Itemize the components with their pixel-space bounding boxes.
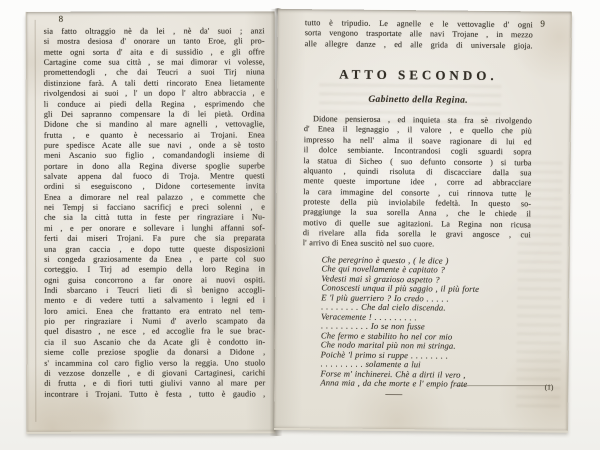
text-line: Cartagine come sua città , se mai dimora…	[44, 57, 265, 68]
text-line: incontrare i Trojani. Tutto è festa , tu…	[44, 389, 265, 400]
scene-description-paragraph: Didone pensierosa , ed inquieta sta fra …	[303, 114, 532, 251]
text-line: ogni guisa concorrono a far onore ai nuo…	[44, 275, 265, 286]
right-page: 9 tutto è tripudio. Le agnelle e le vett…	[274, 9, 572, 431]
text-line: che sia la città tutta in feste per ring…	[44, 213, 265, 224]
verse-line: Anna mia , da che morte e l' empio frate	[320, 379, 529, 391]
text-line: l' arrivo di Enea suscitò nel suo cuore.	[303, 239, 531, 252]
text-line: Didone che si mandino al mare agnelli , …	[44, 120, 265, 131]
text-line: frutta , e quanto è necessario ai Trojan…	[44, 130, 265, 141]
footnote-marker: (1)	[545, 382, 554, 391]
scene-heading: Gabinetto della Regina.	[304, 94, 532, 106]
text-line: s' incammina col caro figlio verso la re…	[44, 358, 265, 369]
text-line: ordini si eseguiscono , Didone corteseme…	[44, 182, 265, 193]
text-line: si congeda graziosamente da Enea , e par…	[44, 254, 265, 265]
text-line: Enea a dimorare nel real palazzo , e com…	[44, 192, 265, 203]
text-line: Indi sbarcano i Teucri lieti di sì benig…	[44, 285, 265, 296]
left-page-text: sia fatto oltraggio nè da lei , nè da' s…	[44, 26, 266, 399]
right-page-text: tutto è tripudio. Le agnelle e le vettov…	[301, 18, 533, 396]
text-line: pure spedisce Acate alle sue navi , onde…	[44, 140, 265, 151]
text-line: promettendogli , che dai Teucri a suoi T…	[44, 68, 265, 79]
page-number: 8	[59, 14, 64, 24]
act-heading: ATTO SECONDO.	[304, 66, 532, 84]
text-line: di frutta , e di fiori tutti giulivi van…	[44, 379, 265, 390]
verse-lines: Che peregrino è questo , ( le dice )Che …	[320, 255, 530, 390]
verse-block: Che peregrino è questo , ( le dice )Che …	[320, 255, 530, 390]
text-line: una gran caccia , e dopo tutte queste di…	[44, 244, 265, 255]
text-line: sia fatto oltraggio nè da lei , nè da' s…	[44, 26, 265, 37]
text-line: gli Dei sapranno compensare la di lei pi…	[44, 109, 265, 120]
text-line: alle allegre danze , ed alle grida di un…	[305, 39, 533, 52]
text-line: sieme colle preziose spoglie da donarsi …	[44, 348, 265, 359]
text-line: cia il suo Ascanio che da Acate gli è co…	[44, 337, 265, 348]
left-page: 8 sia fatto oltraggio nè da lei , nè da'…	[26, 11, 276, 431]
footnote-separator-rule	[385, 394, 402, 395]
text-line: quel disastro , ne esce , ed accoglie fr…	[44, 327, 265, 338]
text-line: li conduce ai piedi della Regina , espri…	[44, 99, 265, 110]
text-line: nei Tempj si facciano sacrificj e preci …	[44, 203, 265, 214]
text-line: corteggio. I Tirj ad esempio della loro …	[44, 265, 265, 276]
text-line: pio per ringraziare i Numi d' averlo sca…	[44, 316, 265, 327]
text-line: mi , e per onorare e sollevare i lunghi …	[44, 223, 265, 234]
page-number: 9	[540, 18, 545, 28]
text-line: mento e di vedere tutti a salvamento i l…	[44, 296, 265, 307]
text-line: distinzione farà. A tali detti rincorato…	[44, 78, 265, 89]
open-book: 8 sia fatto oltraggio nè da lei , nè da'…	[25, 8, 570, 436]
intro-paragraph: tutto è tripudio. Le agnelle e le vettov…	[305, 18, 533, 51]
text-line: rivolgendosi ai suoi , l' un dopo l' alt…	[44, 89, 265, 100]
text-line: di vezzose donzelle , e di giovani Carta…	[44, 368, 265, 379]
text-line: meni Ascanio suo figlio , comandandogli …	[44, 151, 265, 162]
text-line: mette ogni sorta d' aita e di sussidio ,…	[44, 47, 265, 58]
text-line: loro amici. Enea che frattanto era entra…	[44, 306, 265, 317]
text-line: si mostra desiosa d' onorare un tanto Er…	[44, 37, 265, 48]
text-line: salvate appena dal fuoco di Troja. Mentr…	[44, 171, 265, 182]
scanned-book-photo: 8 sia fatto oltraggio nè da lei , nè da'…	[0, 0, 600, 450]
text-line: portare in dono alla Regina diverse spog…	[44, 161, 265, 172]
text-line: ferti dai miseri Trojani. Fa pure che si…	[44, 234, 265, 245]
